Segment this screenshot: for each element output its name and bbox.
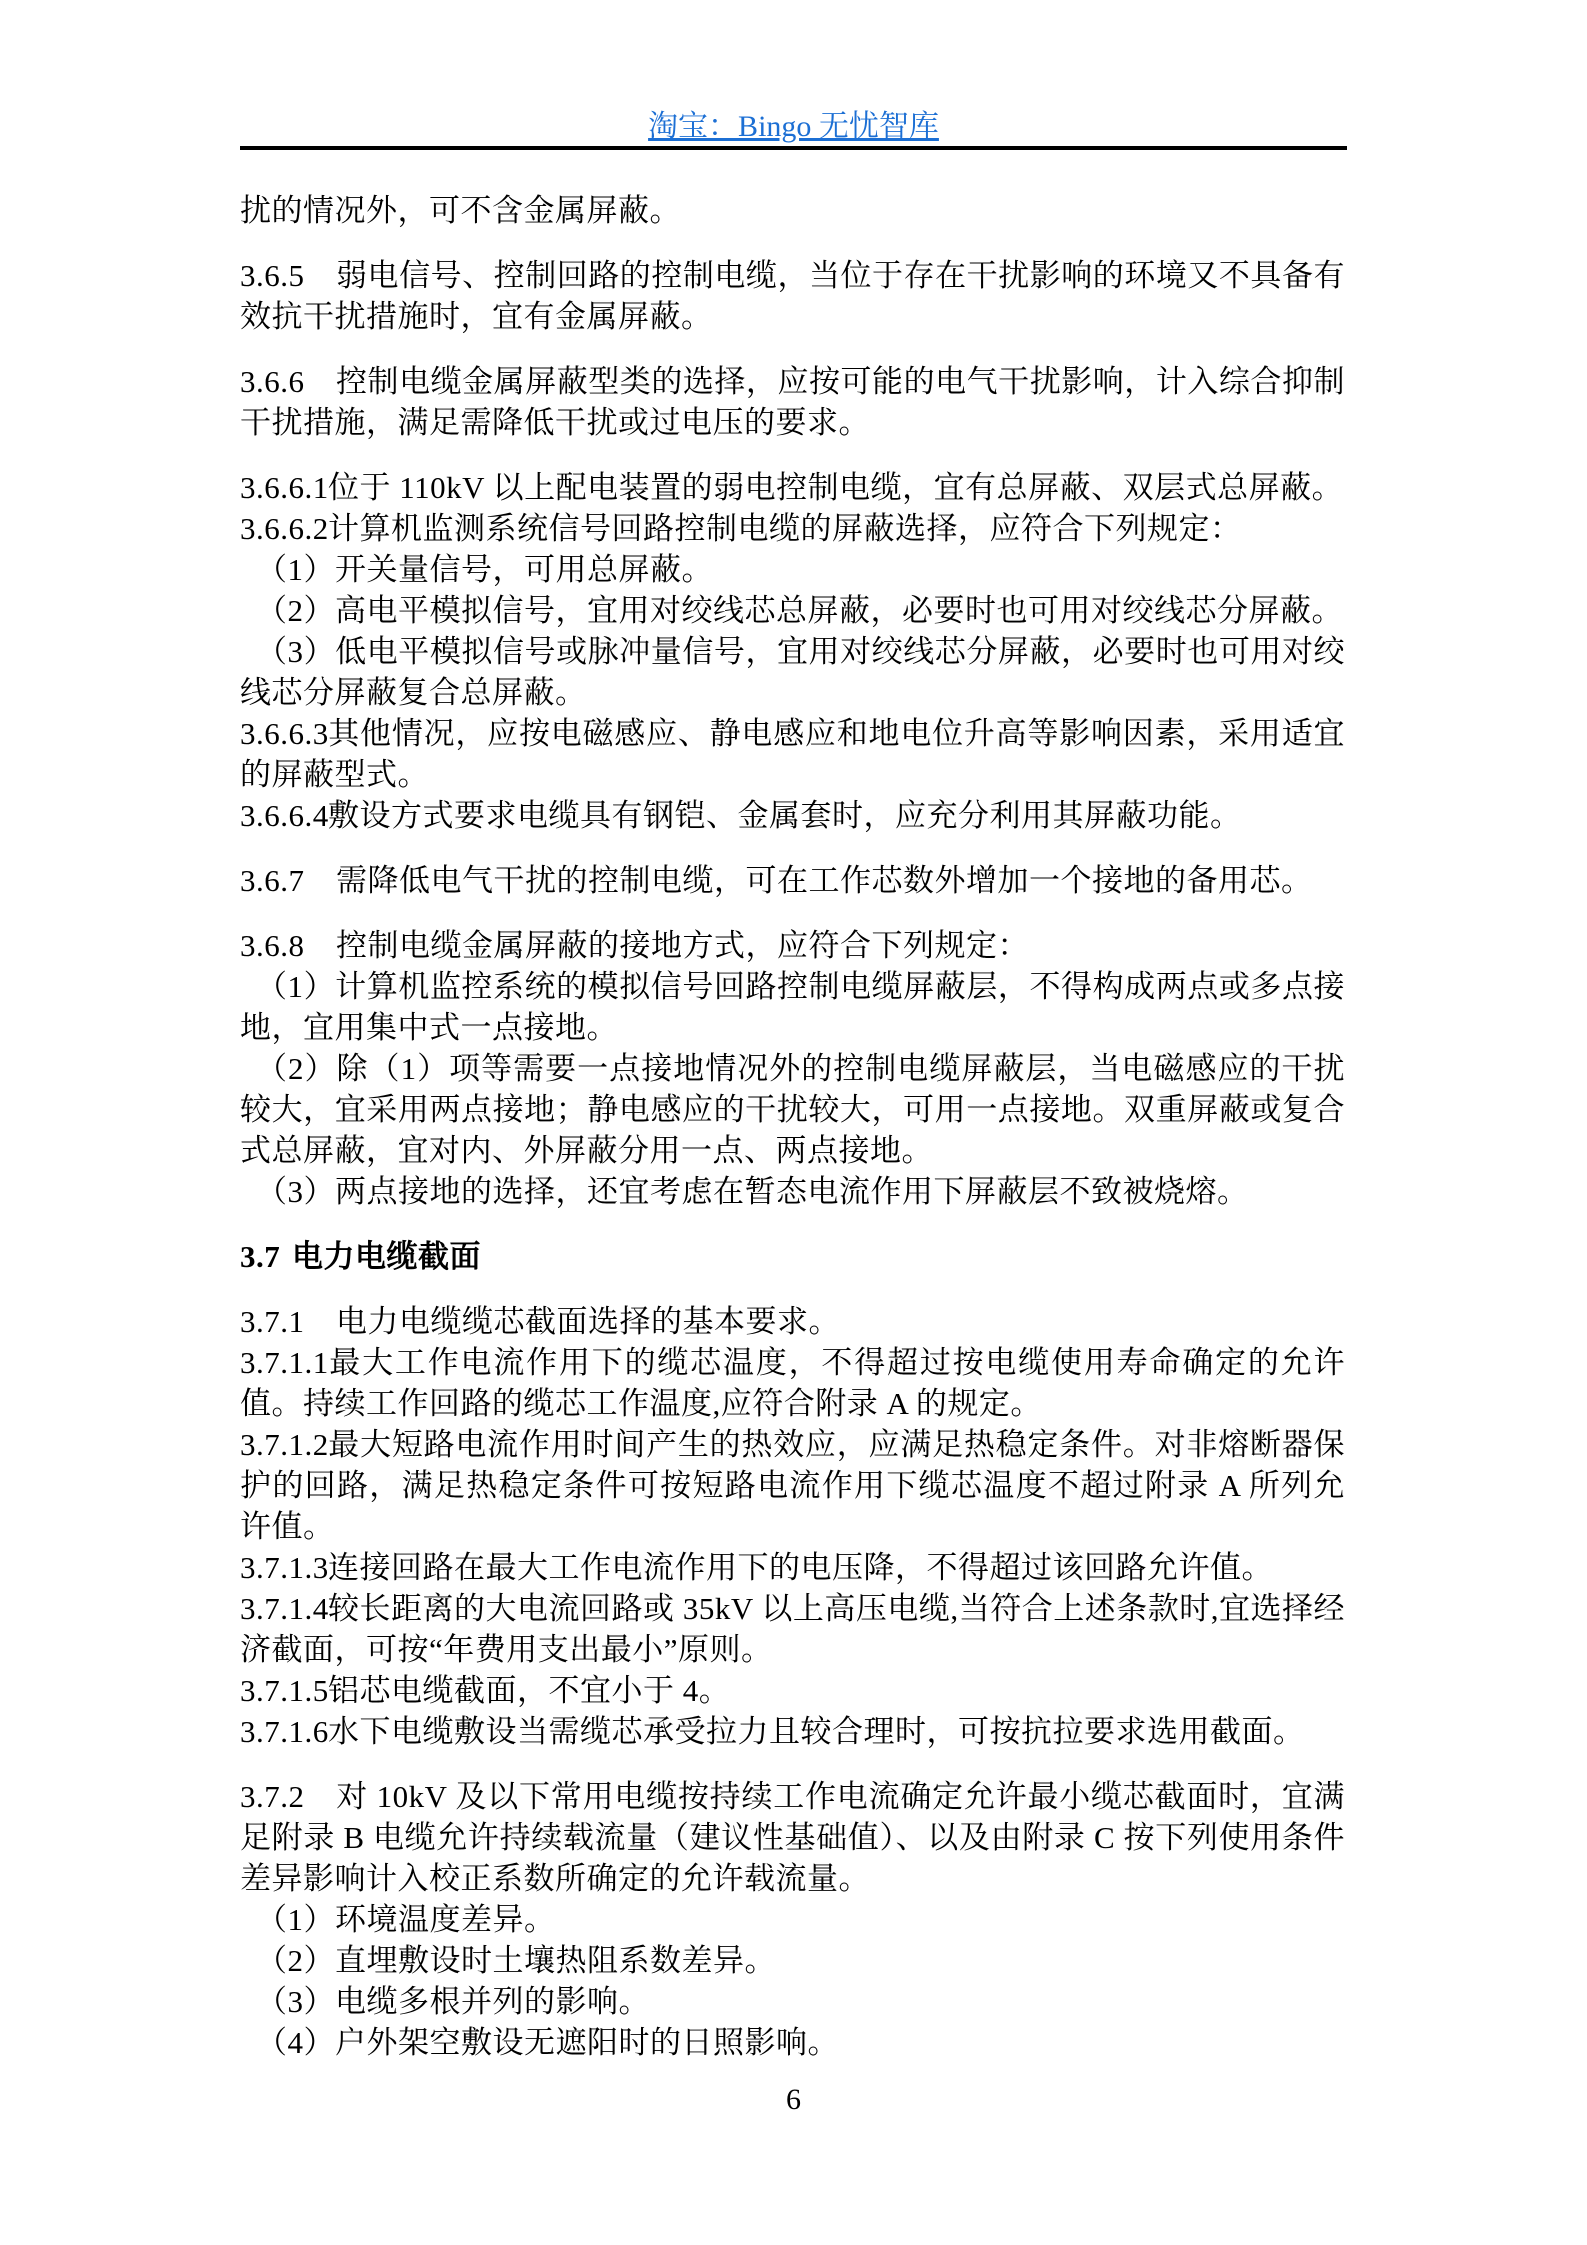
para-text: 计算机监测系统信号回路控制电缆的屏蔽选择，应符合下列规定： <box>328 511 1242 546</box>
para-3-7-1-4: 3.7.1.4较长距离的大电流回路或 35kV 以上高压电缆,当符合上述条款时,… <box>240 1588 1345 1670</box>
para-text: 需降低电气干扰的控制电缆，可在工作芯数外增加一个接地的备用芯。 <box>336 863 1313 898</box>
list-item: （4）户外架空敷设无遮阳时的日照影响。 <box>240 2022 1345 2063</box>
list-item: （3）低电平模拟信号或脉冲量信号，宜用对绞线芯分屏蔽，必要时也可用对绞线芯分屏蔽… <box>240 631 1345 713</box>
para-3-6-6-4: 3.6.6.4敷设方式要求电缆具有钢铠、金属套时，应充分利用其屏蔽功能。 <box>240 795 1345 836</box>
para-text: 铝芯电缆截面，不宜小于 4。 <box>328 1673 730 1708</box>
clause-number: 3.6.6.3 <box>240 713 328 754</box>
para-text: 对 10kV 及以下常用电缆按持续工作电流确定允许最小缆芯截面时，宜满足附录 B… <box>240 1779 1345 1896</box>
clause-number: 3.7.1 <box>240 1301 336 1342</box>
para-text: 敷设方式要求电缆具有钢铠、金属套时，应充分利用其屏蔽功能。 <box>328 798 1242 833</box>
section-heading-3-7: 3.7电力电缆截面 <box>240 1236 1345 1277</box>
para-text: （2）除（1）项等需要一点接地情况外的控制电缆屏蔽层，当电磁感应的干扰较大，宜采… <box>240 1051 1345 1168</box>
para-text: （3）低电平模拟信号或脉冲量信号，宜用对绞线芯分屏蔽，必要时也可用对绞线芯分屏蔽… <box>240 634 1345 710</box>
clause-number: 3.6.6.4 <box>240 795 328 836</box>
document-page: 淘宝：Bingo 无忧智库 扰的情况外，可不含金属屏蔽。 3.6.5弱电信号、控… <box>0 0 1587 2245</box>
para-text: （2）高电平模拟信号，宜用对绞线芯总屏蔽，必要时也可用对绞线芯分屏蔽。 <box>256 593 1343 628</box>
clause-number: 3.7.2 <box>240 1776 336 1817</box>
list-item: （1）环境温度差异。 <box>240 1899 1345 1940</box>
list-item: （3）两点接地的选择，还宜考虑在暂态电流作用下屏蔽层不致被烧熔。 <box>240 1171 1345 1212</box>
page-number: 6 <box>0 2082 1587 2118</box>
para-3-7-1: 3.7.1电力电缆缆芯截面选择的基本要求。 <box>240 1301 1345 1342</box>
para-text: 电力电缆缆芯截面选择的基本要求。 <box>336 1304 840 1339</box>
para-3-6-6-2: 3.6.6.2计算机监测系统信号回路控制电缆的屏蔽选择，应符合下列规定： <box>240 508 1345 549</box>
clause-number: 3.7.1.4 <box>240 1588 328 1629</box>
list-item: （1）开关量信号，可用总屏蔽。 <box>240 549 1345 590</box>
list-item: （1）计算机监控系统的模拟信号回路控制电缆屏蔽层，不得构成两点或多点接地，宜用集… <box>240 966 1345 1048</box>
para-3-7-1-3: 3.7.1.3连接回路在最大工作电流作用下的电压降，不得超过该回路允许值。 <box>240 1547 1345 1588</box>
para-3-6-8: 3.6.8控制电缆金属屏蔽的接地方式，应符合下列规定： <box>240 925 1345 966</box>
para-text: （2）直埋敷设时土壤热阻系数差异。 <box>256 1943 776 1978</box>
para-3-7-1-6: 3.7.1.6水下电缆敷设当需缆芯承受拉力且较合理时，可按抗拉要求选用截面。 <box>240 1711 1345 1752</box>
clause-number: 3.6.8 <box>240 925 336 966</box>
para-3-6-6-3: 3.6.6.3其他情况，应按电磁感应、静电感应和地电位升高等影响因素，采用适宜的… <box>240 713 1345 795</box>
page-header: 淘宝：Bingo 无忧智库 <box>240 0 1347 150</box>
para-text: （3）电缆多根并列的影响。 <box>256 1984 650 2019</box>
para-text: （1）开关量信号，可用总屏蔽。 <box>256 552 713 587</box>
clause-number: 3.6.6 <box>240 361 336 402</box>
para-text: 水下电缆敷设当需缆芯承受拉力且较合理时，可按抗拉要求选用截面。 <box>328 1714 1305 1749</box>
para-text: （4）户外架空敷设无遮阳时的日照影响。 <box>256 2025 839 2060</box>
para-text: 控制电缆金属屏蔽的接地方式，应符合下列规定： <box>336 928 1029 963</box>
para-3-6-7: 3.6.7需降低电气干扰的控制电缆，可在工作芯数外增加一个接地的备用芯。 <box>240 860 1345 901</box>
para-text: 连接回路在最大工作电流作用下的电压降，不得超过该回路允许值。 <box>328 1550 1273 1585</box>
document-body: 扰的情况外，可不含金属屏蔽。 3.6.5弱电信号、控制回路的控制电缆，当位于存在… <box>240 150 1345 2063</box>
para-continuation: 扰的情况外，可不含金属屏蔽。 <box>240 190 1345 231</box>
para-text: 其他情况，应按电磁感应、静电感应和地电位升高等影响因素，采用适宜的屏蔽型式。 <box>240 716 1345 792</box>
para-3-6-6-1: 3.6.6.1位于 110kV 以上配电装置的弱电控制电缆，宜有总屏蔽、双层式总… <box>240 467 1345 508</box>
para-text: （3）两点接地的选择，还宜考虑在暂态电流作用下屏蔽层不致被烧熔。 <box>256 1174 1249 1209</box>
para-3-7-2: 3.7.2对 10kV 及以下常用电缆按持续工作电流确定允许最小缆芯截面时，宜满… <box>240 1776 1345 1899</box>
clause-number: 3.7 <box>240 1236 292 1277</box>
para-3-7-1-5: 3.7.1.5铝芯电缆截面，不宜小于 4。 <box>240 1670 1345 1711</box>
para-3-6-6: 3.6.6控制电缆金属屏蔽型类的选择，应按可能的电气干扰影响，计入综合抑制干扰措… <box>240 361 1345 443</box>
clause-number: 3.6.6.2 <box>240 508 328 549</box>
para-text: 较长距离的大电流回路或 35kV 以上高压电缆,当符合上述条款时,宜选择经济截面… <box>240 1591 1345 1667</box>
para-3-6-5: 3.6.5弱电信号、控制回路的控制电缆，当位于存在干扰影响的环境又不具备有效抗干… <box>240 255 1345 337</box>
clause-number: 3.6.5 <box>240 255 336 296</box>
para-text: 控制电缆金属屏蔽型类的选择，应按可能的电气干扰影响，计入综合抑制干扰措施，满足需… <box>240 364 1345 440</box>
clause-number: 3.6.7 <box>240 860 336 901</box>
clause-number: 3.6.6.1 <box>240 467 328 508</box>
clause-number: 3.7.1.5 <box>240 1670 328 1711</box>
para-text: 扰的情况外，可不含金属屏蔽。 <box>240 193 681 228</box>
clause-number: 3.7.1.3 <box>240 1547 328 1588</box>
clause-number: 3.7.1.2 <box>240 1424 328 1465</box>
list-item: （2）高电平模拟信号，宜用对绞线芯总屏蔽，必要时也可用对绞线芯分屏蔽。 <box>240 590 1345 631</box>
heading-text: 电力电缆截面 <box>292 1239 481 1274</box>
para-3-7-1-1: 3.7.1.1最大工作电流作用下的缆芯温度，不得超过按电缆使用寿命确定的允许值。… <box>240 1342 1345 1424</box>
para-text: 位于 110kV 以上配电装置的弱电控制电缆，宜有总屏蔽、双层式总屏蔽。 <box>328 470 1343 505</box>
list-item: （2）直埋敷设时土壤热阻系数差异。 <box>240 1940 1345 1981</box>
para-text: 最大工作电流作用下的缆芯温度，不得超过按电缆使用寿命确定的允许值。持续工作回路的… <box>240 1345 1345 1421</box>
clause-number: 3.7.1.1 <box>240 1342 328 1383</box>
para-text: 弱电信号、控制回路的控制电缆，当位于存在干扰影响的环境又不具备有效抗干扰措施时，… <box>240 258 1345 334</box>
para-text: （1）计算机监控系统的模拟信号回路控制电缆屏蔽层，不得构成两点或多点接地，宜用集… <box>240 969 1345 1045</box>
watermark-link[interactable]: 淘宝：Bingo 无忧智库 <box>648 110 939 143</box>
clause-number: 3.7.1.6 <box>240 1711 328 1752</box>
list-item: （3）电缆多根并列的影响。 <box>240 1981 1345 2022</box>
para-text: （1）环境温度差异。 <box>256 1902 556 1937</box>
para-3-7-1-2: 3.7.1.2最大短路电流作用时间产生的热效应，应满足热稳定条件。对非熔断器保护… <box>240 1424 1345 1547</box>
list-item: （2）除（1）项等需要一点接地情况外的控制电缆屏蔽层，当电磁感应的干扰较大，宜采… <box>240 1048 1345 1171</box>
para-text: 最大短路电流作用时间产生的热效应，应满足热稳定条件。对非熔断器保护的回路，满足热… <box>240 1427 1345 1544</box>
